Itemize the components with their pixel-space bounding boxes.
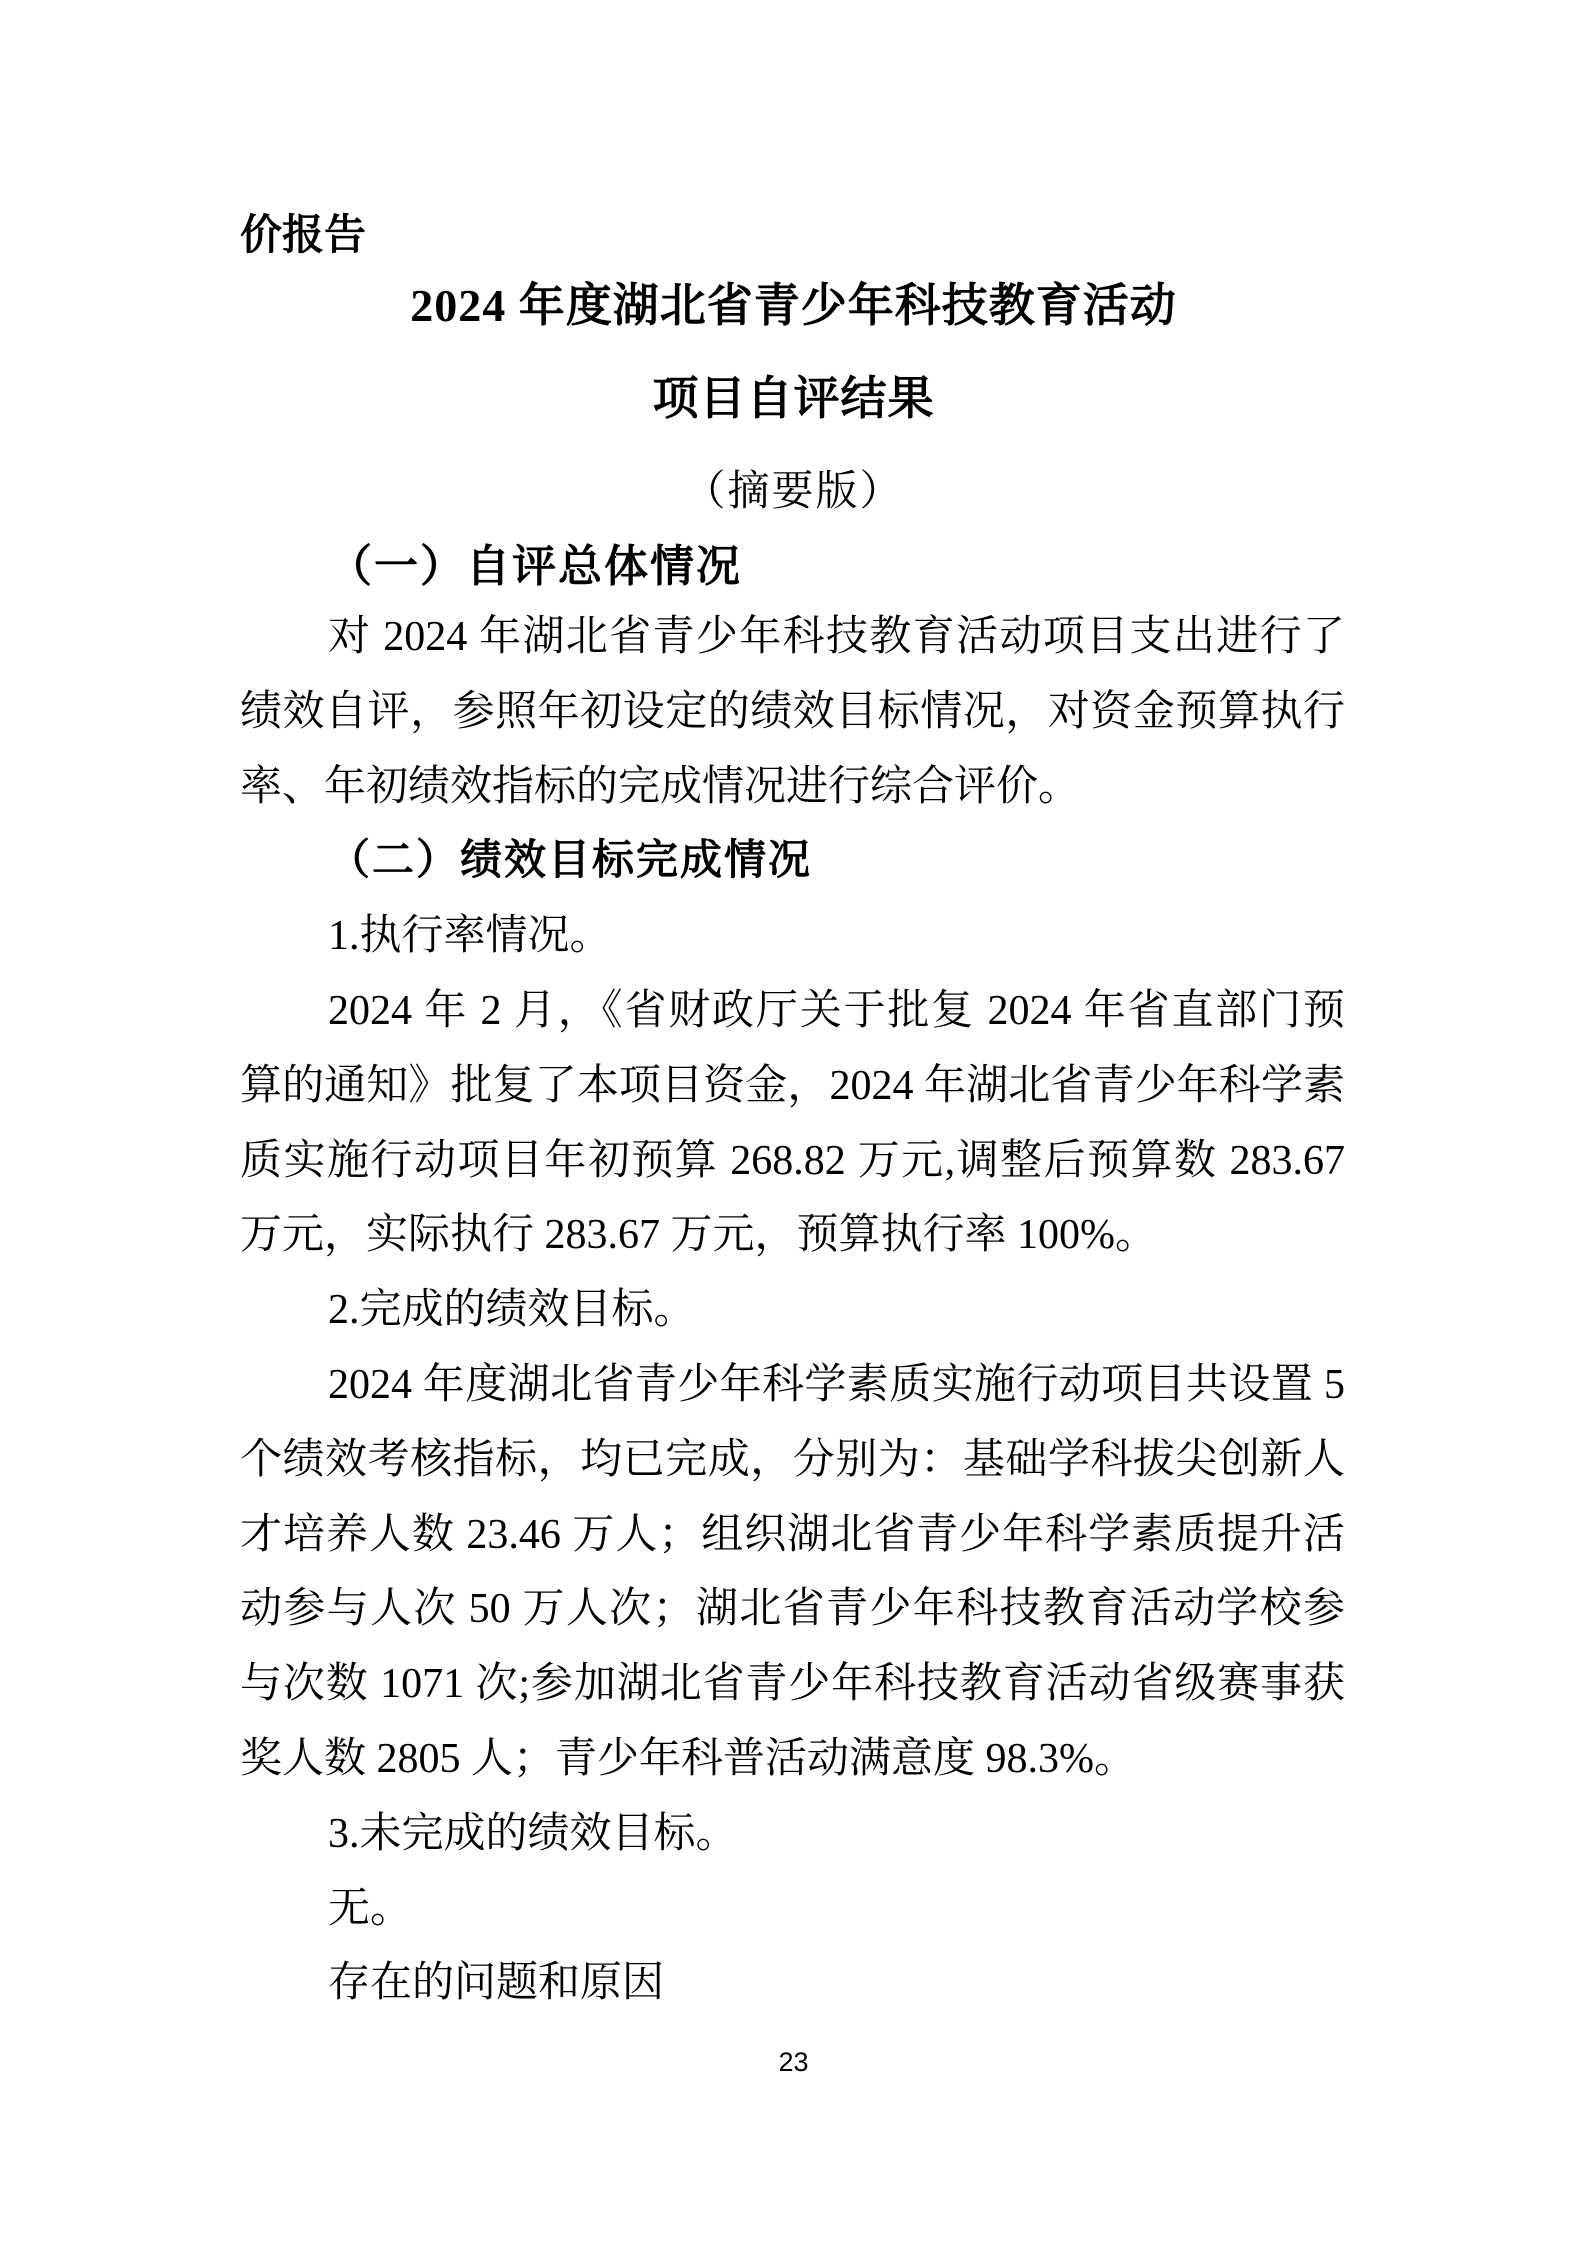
- report-subtitle: （摘要版）: [0, 466, 1587, 518]
- body-line: 2024 年度湖北省青少年科学素质实施行动项目共设置 5: [240, 1348, 1345, 1423]
- body-line: 算的通知》批复了本项目资金，2024 年湖北省青少年科学素: [240, 1049, 1345, 1124]
- body-line: 万元，实际执行 283.67 万元，预算执行率 100%。: [240, 1198, 1345, 1273]
- body-line: 奖人数 2805 人；青少年科普活动满意度 98.3%。: [240, 1722, 1345, 1797]
- body-line: 绩效自评，参照年初设定的绩效目标情况，对资金预算执行: [240, 675, 1345, 750]
- body-line: 1.执行率情况。: [240, 899, 1345, 974]
- page-number: 23: [0, 2046, 1587, 2078]
- body-line: 与次数 1071 次;参加湖北省青少年科技教育活动省级赛事获: [240, 1647, 1345, 1722]
- body-line: 2024 年 2 月，《省财政厅关于批复 2024 年省直部门预: [240, 974, 1345, 1049]
- document-body: 对 2024 年湖北省青少年科技教育活动项目支出进行了 绩效自评，参照年初设定的…: [240, 600, 1345, 2021]
- section-heading-1: （一）自评总体情况: [240, 541, 1345, 593]
- body-line: 动参与人次 50 万人次；湖北省青少年科技教育活动学校参: [240, 1572, 1345, 1647]
- report-title-line-2: 项目自评结果: [0, 371, 1587, 427]
- body-line: 2.完成的绩效目标。: [240, 1273, 1345, 1348]
- body-line: 率、年初绩效指标的完成情况进行综合评价。: [240, 750, 1345, 825]
- report-title-line-1: 2024 年度湖北省青少年科技教育活动: [0, 278, 1587, 334]
- section-heading-2: （二）绩效目标完成情况: [240, 824, 1345, 899]
- document-page: 价报告 2024 年度湖北省青少年科技教育活动 项目自评结果 （摘要版） （一）…: [0, 0, 1587, 2245]
- body-line: 无。: [240, 1872, 1345, 1947]
- body-line: 质实施行动项目年初预算 268.82 万元,调整后预算数 283.67: [240, 1124, 1345, 1199]
- page-continuation-text: 价报告: [240, 211, 366, 259]
- body-line: 才培养人数 23.46 万人；组织湖北省青少年科学素质提升活: [240, 1498, 1345, 1573]
- body-line: 3.未完成的绩效目标。: [240, 1797, 1345, 1872]
- body-line: 对 2024 年湖北省青少年科技教育活动项目支出进行了: [240, 600, 1345, 675]
- body-line: 存在的问题和原因: [240, 1946, 1345, 2021]
- body-line: 个绩效考核指标，均已完成，分别为：基础学科拔尖创新人: [240, 1423, 1345, 1498]
